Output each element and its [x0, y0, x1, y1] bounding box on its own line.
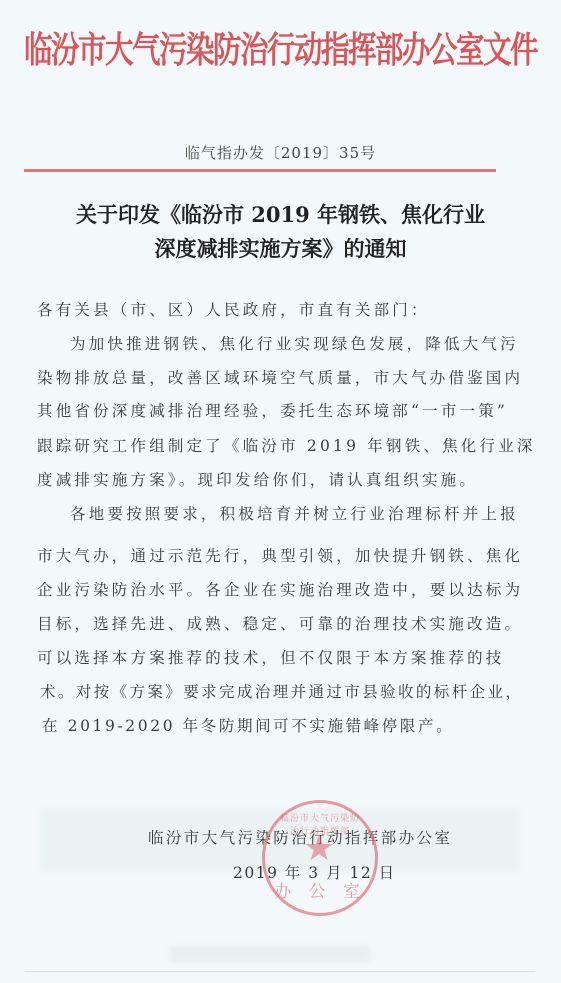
- body-paragraph-line: 目标，选择先进、成熟、稳定、可靠的治理技术实施改造。: [37, 614, 523, 634]
- body-paragraph-line: 其他省份深度减排治理经验，委托生态环境部“一市一策”: [37, 401, 508, 421]
- body-paragraph-line: 市大气办，通过示范先行，典型引领，加快提升钢铁、焦化: [37, 546, 523, 566]
- document-header-title: 临汾市大气污染防治行动指挥部办公室文件: [0, 22, 561, 73]
- body-paragraph-line: 在 2019-2020 年冬防期间可不实施错峰停限产。: [42, 716, 454, 736]
- body-paragraph-line: 各地要按照要求，积极培育并树立行业治理标杆并上报: [70, 504, 519, 524]
- salutation: 各有关县（市、区）人民政府，市直有关部门：: [37, 300, 430, 320]
- signing-organization: 临汾市大气污染防治行动指挥部办公室: [148, 826, 452, 848]
- body-paragraph-line: 跟踪研究工作组制定了《临汾市 2019 年钢铁、焦化行业深: [37, 436, 536, 456]
- document-page: 临汾市大气污染防治行动指挥部办公室文件 临气指办发〔2019〕35号 关于印发《…: [0, 0, 561, 983]
- footer-rule: [25, 971, 535, 972]
- body-paragraph-line: 术。对按《方案》要求完成治理并通过市县验收的标杆企业，: [40, 682, 523, 702]
- document-number: 临气指办发〔2019〕35号: [0, 142, 561, 163]
- body-paragraph-line: 染物排放总量，改善区域环境空气质量，市大气办借鉴国内: [37, 368, 523, 388]
- body-paragraph-line: 为加快推进钢铁、焦化行业实现绿色发展，降低大气污: [70, 334, 519, 354]
- notice-title-line-2: 深度减排实施方案》的通知: [0, 232, 561, 266]
- red-divider-line: [24, 169, 496, 172]
- notice-title-line-1: 关于印发《临汾市 2019 年钢铁、焦化行业: [0, 198, 561, 232]
- body-paragraph-line: 可以选择本方案推荐的技术，但不仅限于本方案推荐的技: [37, 648, 505, 668]
- body-paragraph-line: 企业污染防治水平。各企业在实施治理改造中，要以达标为: [37, 580, 523, 600]
- body-paragraph-line: 度减排实施方案》。现印发给你们，请认真组织实施。: [37, 470, 478, 490]
- bleed-through-footer: [170, 946, 370, 962]
- signing-date: 2019 年 3 月 12 日: [233, 861, 396, 883]
